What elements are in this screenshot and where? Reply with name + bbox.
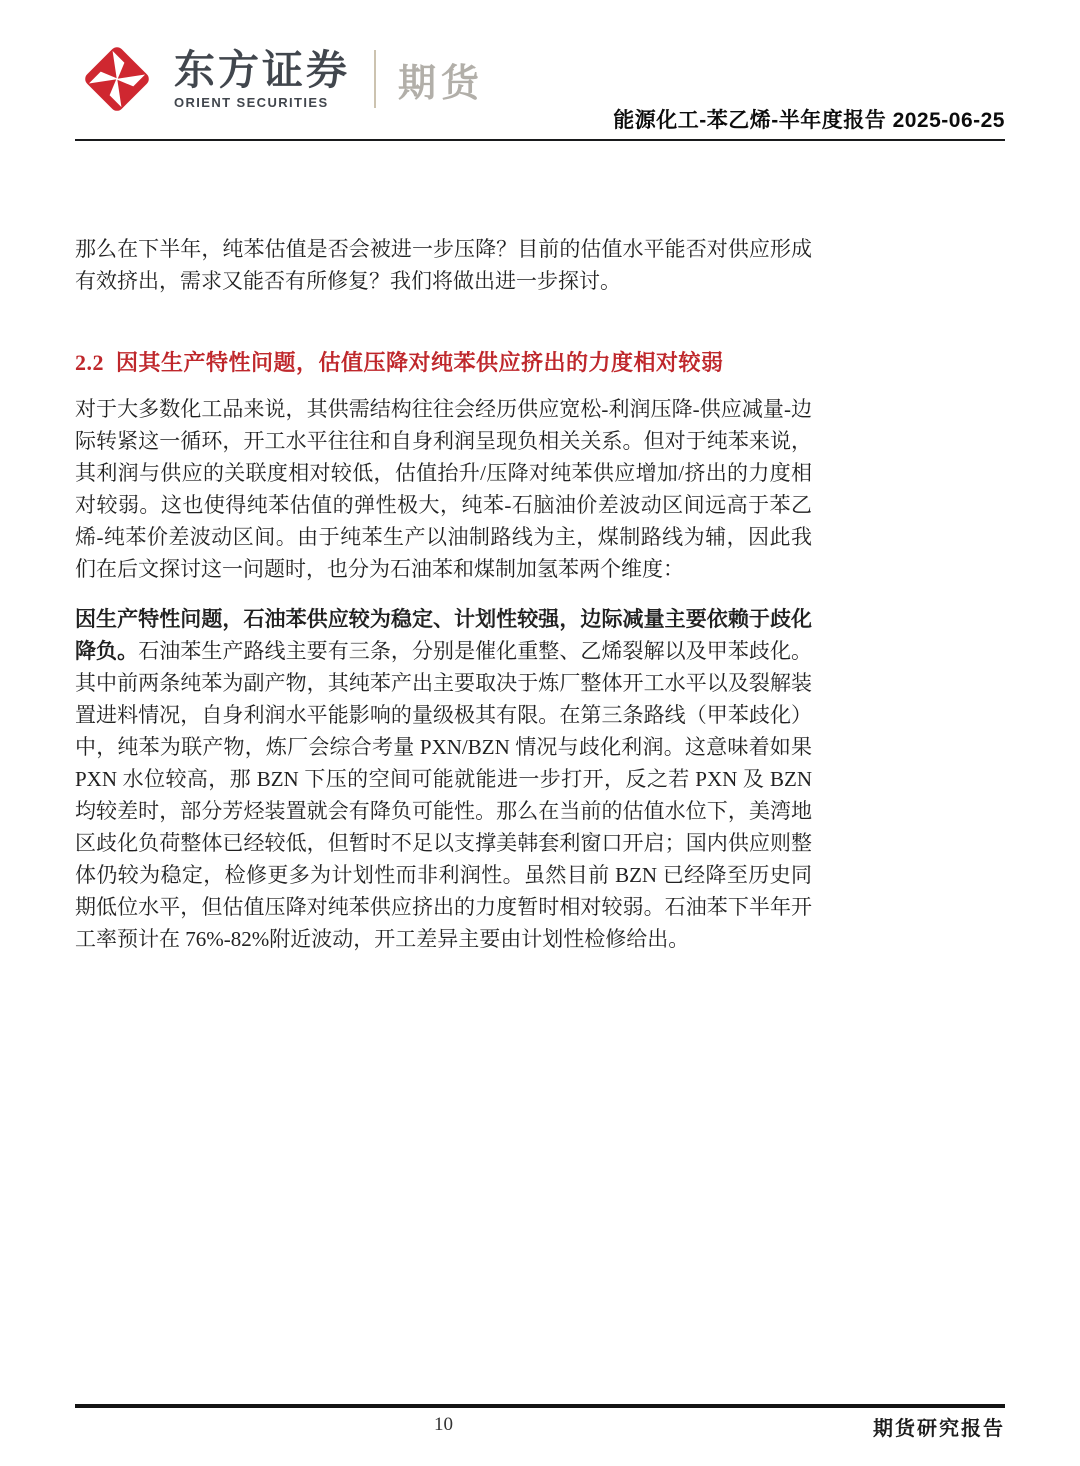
- brand-name-cn: 东方证券: [174, 48, 350, 92]
- section-title: 因其生产特性问题，估值压降对纯苯供应挤出的力度相对较弱: [116, 350, 724, 375]
- paragraph-supply-cycle: 对于大多数化工品来说，其供需结构往往会经历供应宽松-利润压降-供应减量-边际转紧…: [75, 393, 812, 585]
- section-heading: 2.2因其生产特性问题，估值压降对纯苯供应挤出的力度相对较弱: [75, 347, 812, 379]
- report-page: 东方证券 ORIENT SECURITIES 期货 能源化工-苯乙烯-半年度报告…: [0, 0, 1080, 1466]
- footer-report-type-label: 期货研究报告: [873, 1412, 1005, 1441]
- orient-securities-logo-icon: [75, 42, 159, 116]
- intro-paragraph: 那么在下半年，纯苯估值是否会被进一步压降？目前的估值水平能否对供应形成有效挤出，…: [75, 233, 812, 297]
- page-number: 10: [75, 1414, 812, 1436]
- section-number: 2.2: [75, 350, 104, 375]
- paragraph-petro-benzene: 因生产特性问题，石油苯供应较为稳定、计划性较强，边际减量主要依赖于歧化降负。石油…: [75, 603, 812, 955]
- brand-division-label: 期货: [398, 52, 484, 107]
- brand-text-block: 东方证券 ORIENT SECURITIES: [174, 48, 350, 110]
- report-body: 那么在下半年，纯苯估值是否会被进一步压降？目前的估值水平能否对供应形成有效挤出，…: [75, 233, 812, 955]
- header-rule: [75, 139, 1005, 141]
- brand-name-en: ORIENT SECURITIES: [174, 95, 350, 110]
- footer-rule: [75, 1404, 1005, 1408]
- brand-header: 东方证券 ORIENT SECURITIES 期货: [75, 42, 484, 116]
- brand-divider: [374, 50, 376, 108]
- report-title-and-date: 能源化工-苯乙烯-半年度报告 2025-06-25: [613, 104, 1005, 134]
- paragraph-petro-rest: 石油苯生产路线主要有三条，分别是催化重整、乙烯裂解以及甲苯歧化。其中前两条纯苯为…: [75, 639, 812, 951]
